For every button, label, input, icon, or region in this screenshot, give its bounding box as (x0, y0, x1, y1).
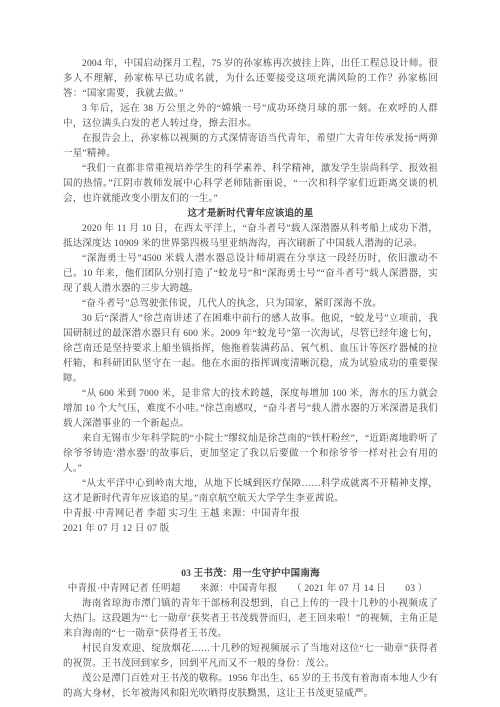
document-text: 2004 年，中国启动探月工程，75 岁的孙家栋再次披挂上阵，出任工程总设计师。… (63, 57, 438, 702)
article-heading: 03 王书茂：用一生守护中国南海 (63, 567, 438, 582)
byline: 中青报·中青网记者 李超 实习生 王越 来源：中国青年报 (63, 507, 438, 522)
document-page: 2004 年，中国启动探月工程，75 岁的孙家栋再次披挂上阵，出任工程总设计师。… (0, 0, 500, 707)
paragraph: 海南省琼海市潭门镇的青年干部杨利没想到，自己上传的一段十几秒的小视频成了大热门。… (63, 597, 438, 642)
edition-line: 2021 年 07 月 12 日 07 版 (63, 522, 438, 537)
paragraph: 2020 年 11 月 10 日，在西太平洋上，“奋斗者号”载人深潜器从科考船上… (63, 222, 438, 252)
paragraph: “奋斗者号”总驾驶张伟说，几代人的执念，只为国家，紧盯深海不放。 (63, 297, 438, 312)
paragraph: 在报告会上，孙家栋以视频的方式深情寄语当代青年，希望广大青年传承发扬“两弹一星”… (63, 132, 438, 162)
byline: 中青报·中青网记者 任明超 来源：中国青年报 （ 2021 年 07 月 14 … (63, 582, 438, 597)
article-xinshidai-star: 2004 年，中国启动探月工程，75 岁的孙家栋再次披挂上阵，出任工程总设计师。… (63, 57, 438, 537)
paragraph: 来自无锡市少年科学院的“小院士”缪纹灿是徐芑南的“铁杆粉丝”，“近距离地聆听了徐… (63, 432, 438, 477)
paragraph: “从太平洋中心到岭南大地，从地下长城到医疗保障……科学成就离不开精神支撑，这才是… (63, 477, 438, 507)
paragraph: 30 后“深潜人”徐芑南讲述了在困难中前行的感人故事。他说，“蛟龙号”立项前，我… (63, 312, 438, 387)
paragraph: 2004 年，中国启动探月工程，75 岁的孙家栋再次披挂上阵，出任工程总设计师。… (63, 57, 438, 102)
paragraph: “从 600 米到 7000 米，是非常大的技术跨越，深度每增加 100 米，海… (63, 387, 438, 432)
paragraph: 村民自发欢迎、绽放烟花……十几秒的短视频展示了当地对这位“七一勋章”获得者的祝贺… (63, 642, 438, 672)
article-wang-shumao: 03 王书茂：用一生守护中国南海 中青报·中青网记者 任明超 来源：中国青年报 … (63, 567, 438, 702)
paragraph: “我们一直都非常重视培养学生的科学素养、科学精神，激发学生崇尚科学、报效祖国的热… (63, 162, 438, 207)
paragraph: 3 年后，远在 38 万公里之外的“嫦娥一号”成功环绕月球的那一刻。在欢呼的人群… (63, 102, 438, 132)
paragraph: 茂公是潭门百姓对王书茂的敬称。1956 年出生、65 岁的王书茂有着海南本地人少… (63, 672, 438, 702)
section-heading: 这才是新时代青年应该追的星 (63, 207, 438, 222)
paragraph: “深海勇士号”4500 米载人潜水器总设计师胡震在分享这一段经历时，依旧激动不已… (63, 252, 438, 297)
